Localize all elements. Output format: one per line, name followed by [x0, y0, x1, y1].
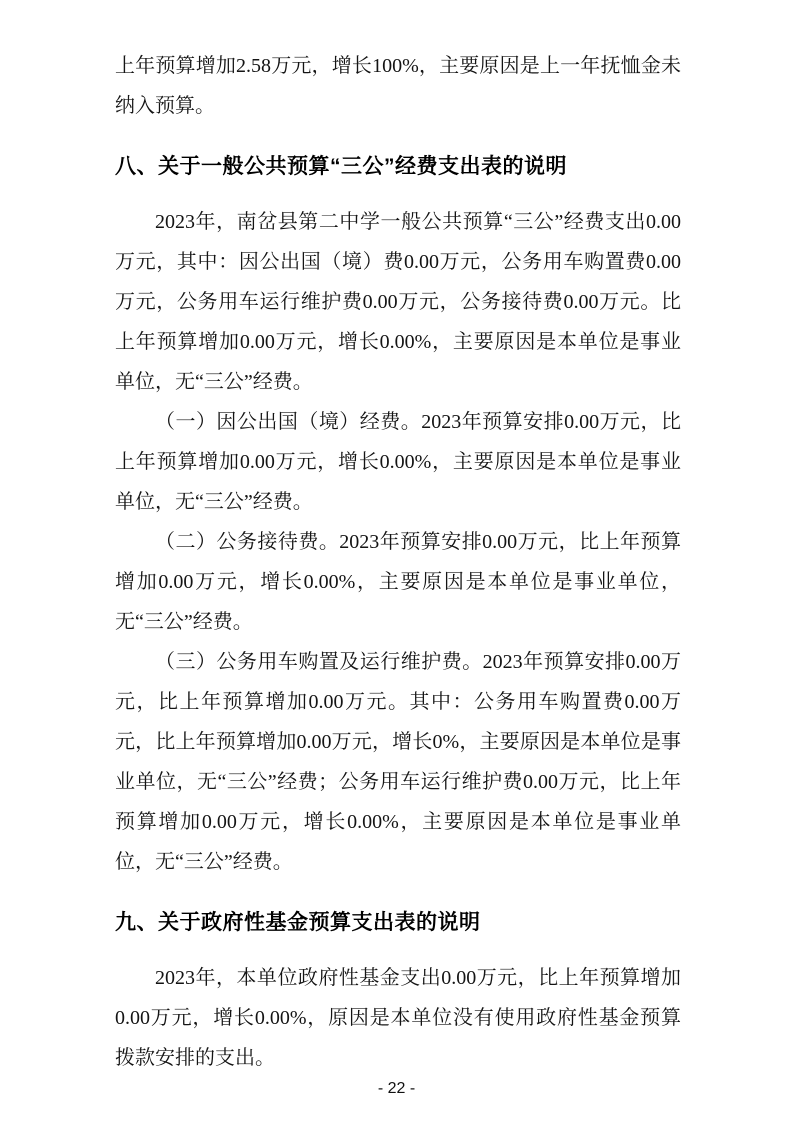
section-9-heading: 九、关于政府性基金预算支出表的说明: [115, 908, 681, 938]
section-8-paragraph-item-2: （二）公务接待费。2023年预算安排0.00万元，比上年预算增加0.00万元，增…: [115, 522, 681, 642]
section-9-paragraph-overview: 2023年，本单位政府性基金支出0.00万元，比上年预算增加0.00万元，增长0…: [115, 958, 681, 1078]
document-content: 上年预算增加2.58万元，增长100%，主要原因是上一年抚恤金未纳入预算。 八、…: [115, 46, 681, 1078]
paragraph-continuation: 上年预算增加2.58万元，增长100%，主要原因是上一年抚恤金未纳入预算。: [115, 46, 681, 126]
document-page: 上年预算增加2.58万元，增长100%，主要原因是上一年抚恤金未纳入预算。 八、…: [0, 0, 793, 1122]
section-8-paragraph-item-1: （一）因公出国（境）经费。2023年预算安排0.00万元，比上年预算增加0.00…: [115, 402, 681, 522]
section-8-paragraph-overview: 2023年，南岔县第二中学一般公共预算“三公”经费支出0.00万元，其中：因公出…: [115, 202, 681, 402]
page-number: - 22 -: [0, 1080, 793, 1098]
section-8-heading: 八、关于一般公共预算“三公”经费支出表的说明: [115, 152, 681, 182]
section-8-paragraph-item-3: （三）公务用车购置及运行维护费。2023年预算安排0.00万元，比上年预算增加0…: [115, 642, 681, 882]
